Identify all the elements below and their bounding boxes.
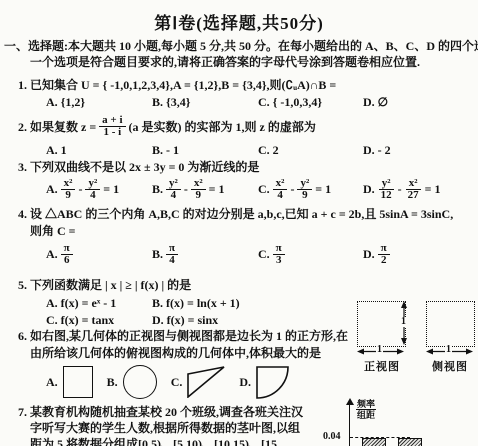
q4-b-num: π	[166, 243, 178, 255]
q4-option-d-label: D.	[363, 247, 375, 262]
q3-option-d-eq: = 1	[425, 182, 441, 197]
q4-option-d-frac: π2	[378, 243, 390, 266]
histogram-y-axis-label: 频率 组距	[356, 399, 376, 420]
side-view-width-dimension: 1	[426, 347, 473, 356]
frequency-histogram-figure: 频率 组距 0.04	[320, 398, 478, 446]
side-view-caption: 侧视图	[432, 358, 468, 374]
q2-option-a: A. 1	[46, 143, 152, 158]
front-view-caption: 正视图	[364, 358, 400, 374]
q2-stem-pre: 2. 如果复数 z =	[18, 118, 96, 135]
q4-option-b-frac: π4	[166, 243, 178, 266]
q3-option-c-frac2: y²9	[297, 178, 312, 201]
q3-c-f1-den: 4	[274, 190, 286, 201]
q5-option-b: B. f(x) = ln(x + 1)	[152, 296, 240, 311]
q4-option-b-label: B.	[152, 247, 163, 262]
q3-option-b: B. y²4 - x²9 = 1	[152, 178, 258, 201]
q3-option-b-label: B.	[152, 182, 163, 197]
q4-option-a-frac: π6	[61, 243, 73, 266]
q6-option-d-label: D.	[239, 375, 251, 390]
orthographic-views-figure: 1 1 1 正视图 侧视图	[352, 293, 478, 375]
q3-option-c-minus: -	[290, 182, 294, 197]
q7-line1: 7. 某教育机构随机抽查某校 20 个班级,调查各班关注汉	[18, 405, 303, 419]
q3-option-a-frac2: y²4	[85, 178, 100, 201]
q4-option-a: A. π6	[46, 243, 152, 266]
y-label-denominator: 组距	[357, 410, 375, 420]
q3-c-f1-num: x²	[273, 178, 288, 190]
q3-option-d-frac2: x²27	[405, 178, 422, 201]
q3-c-f2-den: 9	[299, 190, 311, 201]
q3-option-c-frac1: x²4	[273, 178, 288, 201]
q6-option-c: C.	[171, 366, 226, 398]
q1-option-d: D. ∅	[363, 95, 388, 110]
q4-a-num: π	[61, 243, 73, 255]
q2-option-c: C. 2	[258, 143, 363, 158]
q4-option-a-label: A.	[46, 247, 58, 262]
side-view-width-label: 1	[445, 345, 452, 355]
q3-d-f1-num: y²	[379, 178, 394, 190]
page-title: 第Ⅰ卷(选择题,共50分)	[0, 9, 478, 34]
q5-option-d: D. f(x) = sinx	[152, 313, 218, 328]
q2-option-d: D. - 2	[363, 143, 391, 158]
q4-a-den: 6	[61, 255, 73, 266]
q4-c-den: 3	[273, 255, 285, 266]
q5-options-row1: A. f(x) = eˣ - 1 B. f(x) = ln(x + 1)	[46, 296, 240, 311]
triangle-topview-icon	[187, 366, 225, 398]
q2-fraction-numerator: a + i	[99, 115, 125, 127]
q3-c-f2-num: y²	[297, 178, 312, 190]
q3-stem: 3. 下列双曲线不是以 2x ± 3y = 0 为渐近线的是	[18, 160, 259, 174]
exam-page: 第Ⅰ卷(选择题,共50分) 一、选择题:本大题共 10 小题,每小题 5 分,共…	[0, 0, 478, 446]
q1-option-b: B. {3,4}	[152, 95, 258, 110]
q1-option-a: A. {1,2}	[46, 95, 152, 110]
q3-a-f2-den: 4	[87, 190, 99, 201]
q6-option-a-label: A.	[46, 375, 58, 390]
q3-option-a-minus: -	[78, 182, 82, 197]
y-axis-arrow-icon	[346, 398, 354, 405]
q4-options: A. π6 B. π4 C. π3 D. π2	[46, 241, 393, 267]
q4-option-c-label: C.	[258, 247, 270, 262]
q2-fraction-denominator: 1 - i	[100, 127, 124, 138]
q2-fraction: a + i 1 - i	[99, 115, 125, 138]
front-view-width-label: 1	[376, 345, 383, 355]
y-label-numerator: 频率	[356, 399, 376, 410]
q3-option-a-eq: = 1	[103, 182, 119, 197]
q3-a-f2-num: y²	[85, 178, 100, 190]
q3-option-d-label: D.	[363, 182, 375, 197]
q5-option-a: A. f(x) = eˣ - 1	[46, 296, 152, 311]
q6-option-b: B.	[107, 365, 157, 399]
histogram-bar	[398, 438, 422, 446]
square-topview-icon	[63, 366, 93, 398]
q4-option-b: B. π4	[152, 243, 258, 266]
histogram-y-axis	[349, 404, 350, 446]
q6-option-b-label: B.	[107, 375, 118, 390]
y-tick-004: 0.04	[323, 431, 341, 442]
q6-option-d: D.	[239, 366, 290, 399]
intro-line-2: 一个选项是符合题目要求的,请将正确答案的字母代号涂到答题卷相应位置.	[30, 55, 420, 69]
q1-options: A. {1,2} B. {3,4} C. { -1,0,3,4} D. ∅	[46, 95, 388, 110]
q2-stem-post: (a 是实数) 的实部为 1,则 z 的虚部为	[129, 118, 316, 135]
q5-stem: 5. 下列函数满足 | x | ≥ | f(x) | 的是	[18, 278, 191, 292]
q3-option-b-minus: -	[184, 182, 188, 197]
q1-stem: 1. 已知集合 U = { -1,0,1,2,3,4},A = {1,2},B …	[18, 78, 336, 92]
front-view-height-dimension: 1	[398, 301, 410, 345]
q2-option-b: B. - 1	[152, 143, 258, 158]
q6-option-c-label: C.	[171, 375, 183, 390]
q2-options: A. 1 B. - 1 C. 2 D. - 2	[46, 143, 391, 158]
q3-a-f1-num: x²	[61, 178, 76, 190]
q3-b-f1-den: 4	[168, 190, 180, 201]
q4-stem-line2: 则角 C =	[30, 224, 76, 238]
front-view-height-label: 1	[400, 317, 407, 327]
q3-option-c-label: C.	[258, 182, 270, 197]
q3-option-c: C. x²4 - y²9 = 1	[258, 178, 363, 201]
q6-stem-line1: 6. 如右图,某几何体的正视图与侧视图都是边长为 1 的正方形,在	[18, 329, 348, 343]
q7-line3: 距为 5 将数据分组成[0,5)、[5,10)、[10,15)、[15	[30, 437, 277, 446]
q3-d-f2-num: x²	[406, 178, 421, 190]
q4-option-c: C. π3	[258, 243, 363, 266]
histogram-bar	[362, 438, 386, 446]
q3-b-f2-num: x²	[191, 178, 206, 190]
circle-topview-icon	[123, 365, 157, 399]
q3-option-b-frac2: x²9	[191, 178, 206, 201]
q4-option-d: D. π2	[363, 243, 393, 266]
q3-option-a-frac1: x²9	[61, 178, 76, 201]
q4-d-den: 2	[378, 255, 390, 266]
q5-option-c: C. f(x) = tanx	[46, 313, 152, 328]
q3-option-c-eq: = 1	[315, 182, 331, 197]
q4-c-num: π	[273, 243, 285, 255]
quarter-disc-topview-icon	[256, 366, 290, 399]
q4-option-c-frac: π3	[273, 243, 285, 266]
q3-d-f2-den: 27	[405, 190, 422, 201]
q3-option-b-eq: = 1	[209, 182, 225, 197]
q6-shape-options: A. B. C. D.	[46, 364, 304, 400]
q5-options-row2: C. f(x) = tanx D. f(x) = sinx	[46, 313, 218, 328]
q4-b-den: 4	[166, 255, 178, 266]
q3-option-a-label: A.	[46, 182, 58, 197]
q4-stem-line1: 4. 设 △ABC 的三个内角 A,B,C 的对边分别是 a,b,c,已知 a …	[18, 207, 453, 221]
q3-b-f1-num: y²	[166, 178, 181, 190]
q6-stem-line2: 由所给该几何体的俯视图构成的几何体中,体积最大的是	[30, 346, 321, 360]
q3-a-f1-den: 9	[62, 190, 74, 201]
q3-b-f2-den: 9	[192, 190, 204, 201]
side-view-square	[426, 301, 475, 347]
q7-line2: 字听写大赛的学生人数,根据所得数据的茎叶图,以组	[30, 421, 300, 435]
q3-d-f1-den: 12	[378, 190, 395, 201]
q2-stem: 2. 如果复数 z = a + i 1 - i (a 是实数) 的实部为 1,则…	[18, 112, 316, 140]
q3-option-d-minus: -	[398, 182, 402, 197]
q3-options: A. x²9 - y²4 = 1 B. y²4 - x²9 = 1 C. x²4…	[46, 176, 441, 202]
intro-line-1: 一、选择题:本大题共 10 小题,每小题 5 分,共 50 分。在每小题给出的 …	[4, 39, 478, 53]
q3-option-d-frac1: y²12	[378, 178, 395, 201]
q6-option-a: A.	[46, 366, 93, 398]
q3-option-b-frac1: y²4	[166, 178, 181, 201]
q4-d-num: π	[378, 243, 390, 255]
q3-option-a: A. x²9 - y²4 = 1	[46, 178, 152, 201]
q3-option-d: D. y²12 - x²27 = 1	[363, 178, 441, 201]
front-view-width-dimension: 1	[357, 347, 404, 356]
q1-option-c: C. { -1,0,3,4}	[258, 95, 363, 110]
